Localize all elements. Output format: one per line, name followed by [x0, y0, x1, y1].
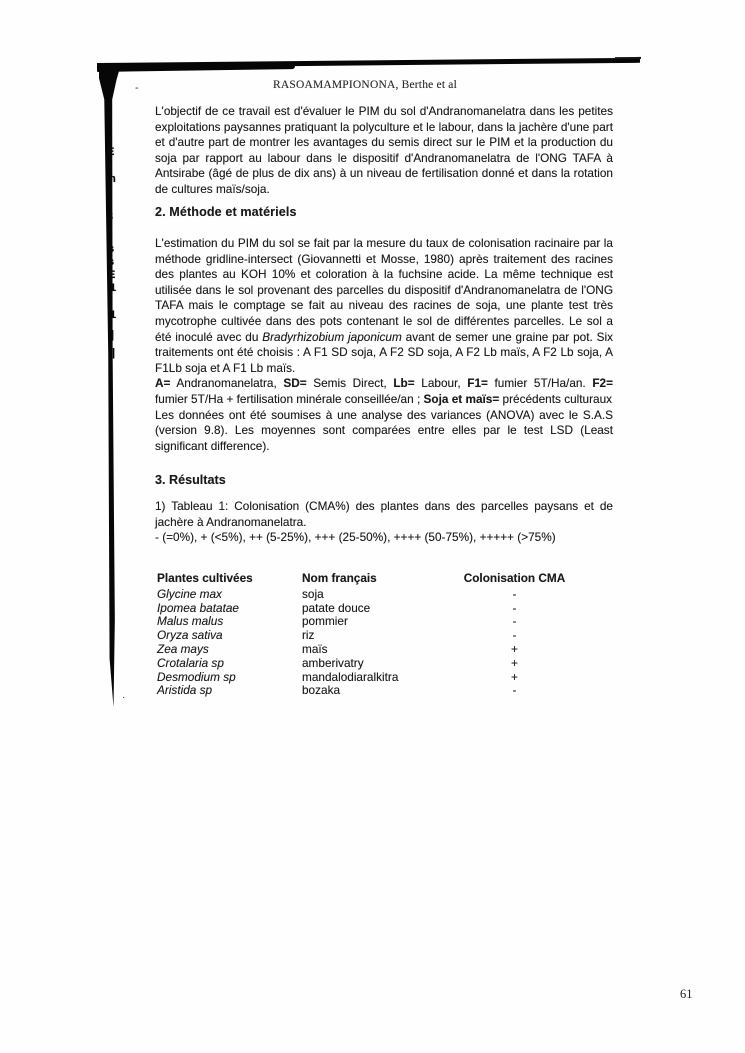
cell-latin-name: Zea mays	[157, 643, 302, 657]
gutter-bleed-glyph: 6	[106, 159, 112, 171]
page-edge-line-thin	[615, 57, 641, 59]
cell-latin-name: Crotalaria sp	[157, 657, 302, 671]
table-row: Oryza sativa riz -	[157, 629, 597, 643]
table-row: Aristida sp bozaka -	[157, 684, 597, 698]
gutter-bleed-glyph: E	[107, 146, 114, 158]
definition-segment: Andranomanelatra,	[170, 376, 283, 390]
cell-latin-name: Desmodium sp	[157, 671, 302, 685]
running-header: RASOAMAMPIONONA, Berthe et al	[140, 79, 590, 91]
scan-speck-dash: -	[135, 82, 139, 94]
cell-cma-value: -	[454, 602, 575, 616]
gutter-bleed-glyph: s	[108, 243, 114, 255]
definition-segment: fumier 5T/Ha/an.	[488, 376, 592, 390]
cell-cma-value: +	[454, 657, 575, 671]
gutter-bleed-glyph: |	[112, 347, 115, 359]
species-name: Bradyrhizobium japonicum	[262, 330, 402, 344]
definition-segment: Lb=	[393, 376, 414, 390]
anova-paragraph: Les données ont été soumises à une analy…	[155, 408, 613, 455]
scanned-page: E 6 m 3 s s E 1 1 | | - · RASOAMAMPIONON…	[0, 0, 745, 1053]
cell-cma-value: +	[454, 643, 575, 657]
definition-segment: Semis Direct,	[307, 376, 394, 390]
cell-latin-name: Ipomea batatae	[157, 602, 302, 616]
table-caption: 1) Tableau 1: Colonisation (CMA%) des pl…	[155, 499, 613, 530]
table-legend: - (=0%), + (<5%), ++ (5-25%), +++ (25-50…	[155, 530, 613, 546]
table-row: Malus malus pommier -	[157, 615, 597, 629]
column-header-french: Nom français	[302, 572, 454, 586]
methods-text-1: L'estimation du PIM du sol se fait par l…	[155, 236, 613, 344]
definition-segment: Labour,	[415, 376, 468, 390]
cell-latin-name: Glycine max	[157, 588, 302, 602]
column-header-latin: Plantes cultivées	[157, 572, 302, 586]
gutter-bleed-glyph: 1	[110, 309, 116, 321]
table-header-row: Plantes cultivées Nom français Colonisat…	[157, 572, 597, 586]
gutter-bleed-glyph: 1	[110, 282, 116, 294]
gutter-bleed-glyph: m	[106, 173, 116, 185]
page-number: 61	[680, 987, 693, 1002]
intro-paragraph: L'objectif de ce travail est d'évaluer l…	[155, 104, 613, 198]
cell-cma-value: +	[454, 671, 575, 685]
cell-cma-value: -	[454, 629, 575, 643]
definition-segment: précédents culturaux	[499, 392, 612, 406]
table-row: Glycine max soja -	[157, 588, 597, 602]
table-row: Desmodium sp mandalodiaralkitra +	[157, 671, 597, 685]
cell-french-name: mandalodiaralkitra	[302, 671, 454, 685]
cell-french-name: soja	[302, 588, 454, 602]
cell-french-name: pommier	[302, 615, 454, 629]
cell-french-name: amberivatry	[302, 657, 454, 671]
cell-french-name: maïs	[302, 643, 454, 657]
treatment-definitions: A= Andranomanelatra, SD= Semis Direct, L…	[155, 376, 613, 407]
definition-segment: F2=	[592, 376, 613, 390]
cell-french-name: bozaka	[302, 684, 454, 698]
cell-latin-name: Aristida sp	[157, 684, 302, 698]
definition-segment: SD=	[283, 376, 306, 390]
definition-segment: fumier 5T/Ha + fertilisation minérale co…	[155, 392, 424, 406]
section-heading-methods: 2. Méthode et matériels	[155, 205, 297, 221]
definition-segment: F1=	[467, 376, 488, 390]
scan-speck-dot: ·	[122, 692, 125, 703]
cell-latin-name: Malus malus	[157, 615, 302, 629]
plants-table: Plantes cultivées Nom français Colonisat…	[157, 572, 597, 698]
section-heading-results: 3. Résultats	[155, 473, 226, 489]
methods-paragraph: L'estimation du PIM du sol se fait par l…	[155, 236, 613, 376]
table-row: Zea mays maïs +	[157, 643, 597, 657]
cell-french-name: riz	[302, 629, 454, 643]
table-row: Crotalaria sp amberivatry +	[157, 657, 597, 671]
gutter-bleed-glyph: |	[111, 329, 114, 341]
cell-cma-value: -	[454, 615, 575, 629]
cell-cma-value: -	[454, 684, 575, 698]
gutter-bleed-glyph: s	[108, 256, 114, 268]
methods-block: L'estimation du PIM du sol se fait par l…	[155, 236, 613, 454]
definition-segment: Soja et maïs=	[424, 392, 500, 406]
definition-segment: A=	[155, 376, 170, 390]
column-header-cma: Colonisation CMA	[454, 572, 575, 586]
table-row: Ipomea batatae patate douce -	[157, 602, 597, 616]
cell-cma-value: -	[454, 588, 575, 602]
gutter-bleed-glyph: E	[108, 269, 115, 281]
cell-latin-name: Oryza sativa	[157, 629, 302, 643]
gutter-bleed-glyph: 3	[107, 211, 113, 223]
cell-french-name: patate douce	[302, 602, 454, 616]
